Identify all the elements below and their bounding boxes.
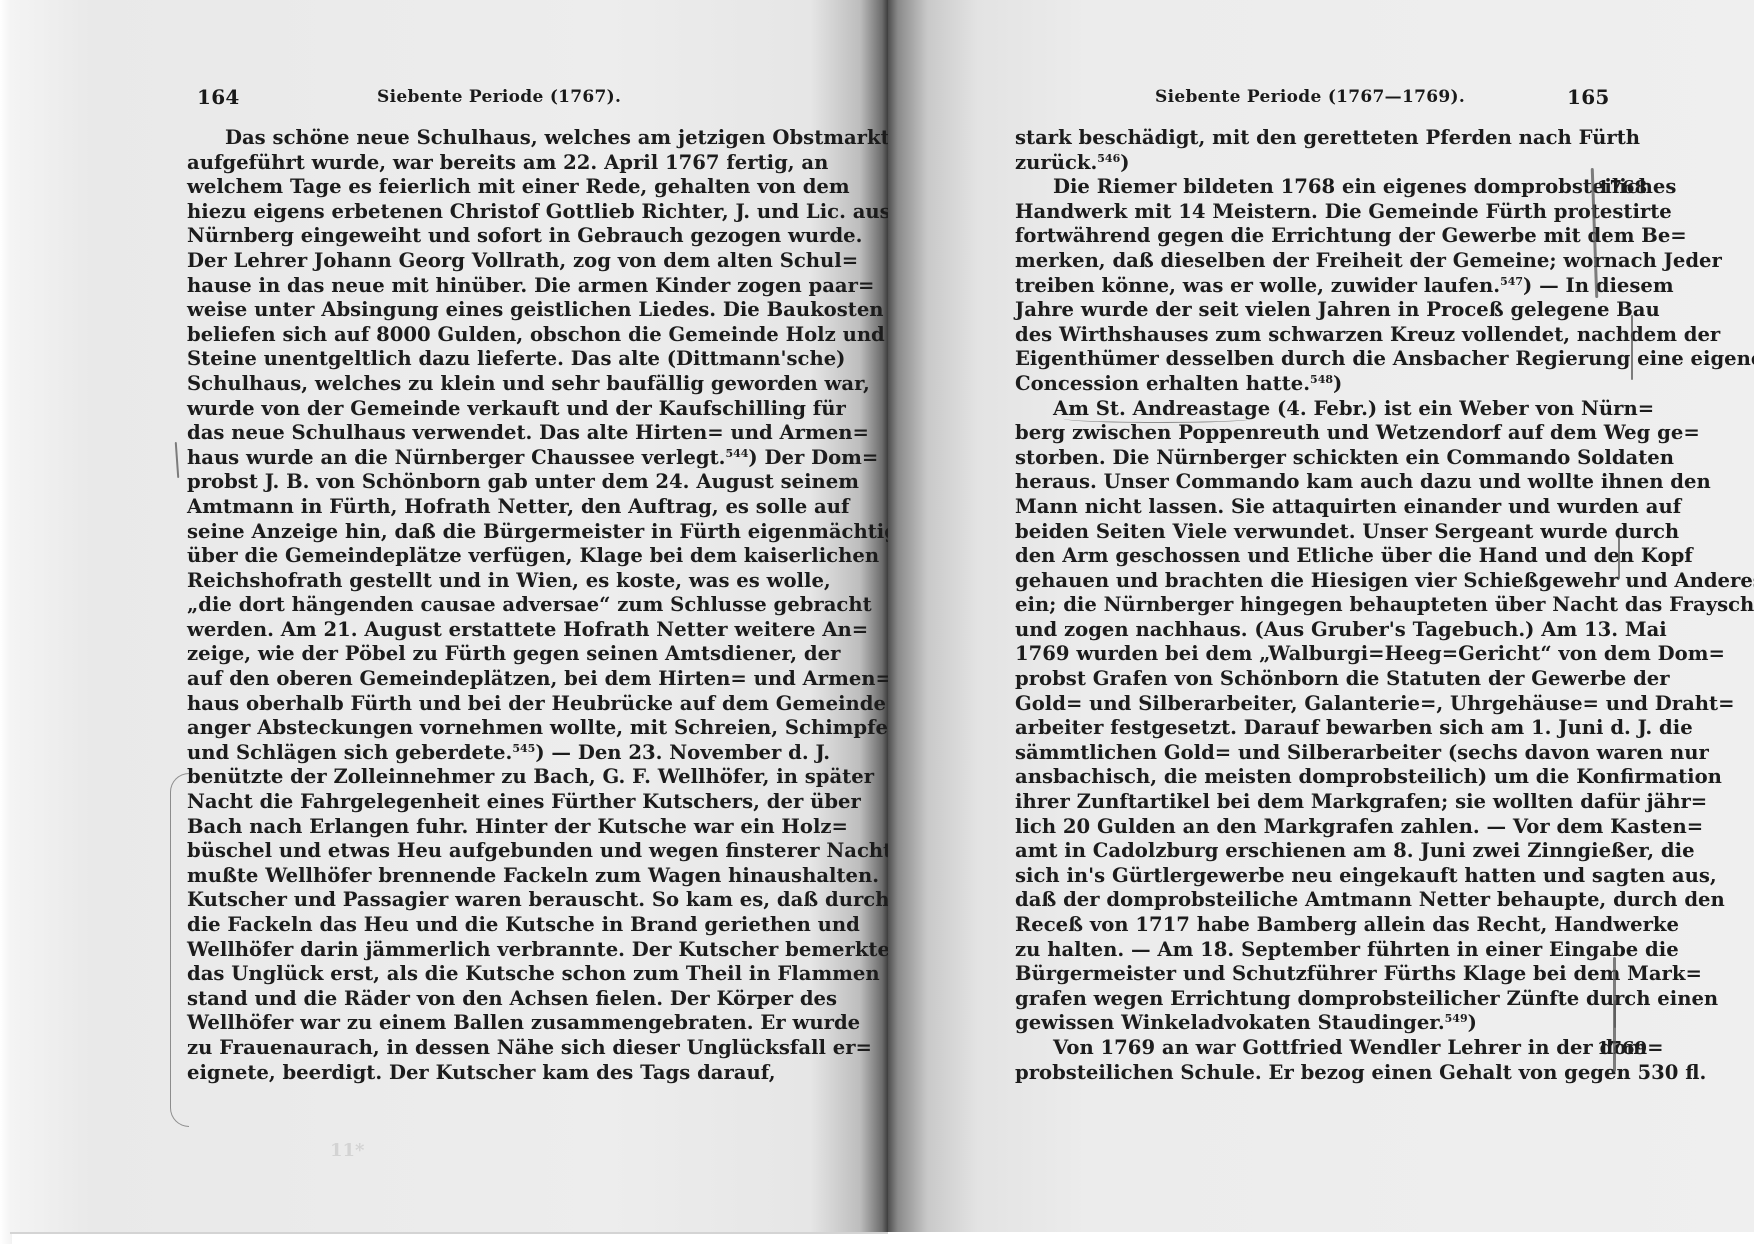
text-line: probst J. B. von Schönborn gab unter dem…	[187, 470, 743, 495]
text-line: werden. Am 21. August erstattete Hofrath…	[187, 618, 743, 643]
text-line: gehauen und brachten die Hiesigen vier S…	[1015, 569, 1571, 594]
text-line: hause in das neue mit hinüber. Die armen…	[187, 274, 743, 299]
text-line: zurück.546)	[1015, 151, 1571, 176]
text-line: Receß von 1717 habe Bamberg allein das R…	[1015, 913, 1571, 938]
text-line: stand und die Räder von den Achsen fiele…	[187, 987, 743, 1012]
text-line: Nacht die Fahrgelegenheit eines Fürther …	[187, 790, 743, 815]
text-line: Von 1769 an war Gottfried Wendler Lehrer…	[1015, 1036, 1571, 1061]
left-page-body: Das schöne neue Schulhaus, welches am je…	[187, 126, 743, 1085]
text-line: sich in's Gürtlergewerbe neu eingekauft …	[1015, 864, 1571, 889]
text-line: Jahre wurde der seit vielen Jahren in Pr…	[1015, 298, 1571, 323]
text-line: Eigenthümer desselben durch die Ansbache…	[1015, 347, 1571, 372]
text-line: ihrer Zunftartikel bei dem Markgrafen; s…	[1015, 790, 1571, 815]
text-line: büschel und etwas Heu aufgebunden und we…	[187, 839, 743, 864]
text-line: Nürnberg eingeweiht und sofort in Gebrau…	[187, 224, 743, 249]
text-line: haus wurde an die Nürnberger Chaussee ve…	[187, 446, 743, 471]
text-line: sämmtlichen Gold= und Silberarbeiter (se…	[1015, 741, 1571, 766]
text-line: Schulhaus, welches zu klein und sehr bau…	[187, 372, 743, 397]
text-line: ein; die Nürnberger hingegen behaupteten…	[1015, 593, 1571, 618]
bleed-through-mark: 11*	[330, 1140, 364, 1161]
text-line: Gold= und Silberarbeiter, Galanterie=, U…	[1015, 692, 1571, 717]
text-line: Concession erhalten hatte.548)	[1015, 372, 1571, 397]
pencil-underline	[1063, 414, 1253, 423]
text-line: Bürgermeister und Schutzführer Fürths Kl…	[1015, 962, 1571, 987]
running-head: Siebente Periode (1767).	[377, 87, 621, 107]
text-line: 1769 wurden bei dem „Walburgi=Heeg=Geric…	[1015, 642, 1571, 667]
text-line: anger Absteckungen vornehmen wollte, mit…	[187, 716, 743, 741]
text-line: Mann nicht lassen. Sie attaquirten einan…	[1015, 495, 1571, 520]
margin-year-note: 1768	[1597, 177, 1647, 198]
running-head: Siebente Periode (1767—1769).	[1155, 87, 1465, 107]
text-line: beliefen sich auf 8000 Gulden, obschon d…	[187, 323, 743, 348]
footnote-ref: 544	[725, 447, 748, 460]
text-line: ansbachisch, die meisten domprobsteilich…	[1015, 765, 1571, 790]
footnote-ref: 549	[1445, 1012, 1468, 1025]
text-line: gewissen Winkeladvokaten Staudinger.549)	[1015, 1011, 1571, 1036]
text-line: Das schöne neue Schulhaus, welches am je…	[187, 126, 743, 151]
text-line: berg zwischen Poppenreuth und Wetzendorf…	[1015, 421, 1571, 446]
page-number: 165	[1567, 85, 1610, 109]
text-line: eignete, beerdigt. Der Kutscher kam des …	[187, 1061, 743, 1086]
footnote-ref: 547	[1500, 275, 1523, 288]
right-page-header: Siebente Periode (1767—1769). 165	[1015, 85, 1620, 109]
text-line: Die Riemer bildeten 1768 ein eigenes dom…	[1015, 175, 1571, 200]
text-line: Handwerk mit 14 Meistern. Die Gemeinde F…	[1015, 200, 1571, 225]
book-spread: 164 Siebente Periode (1767). Das schöne …	[0, 0, 1754, 1244]
text-line: Amtmann in Fürth, Hofrath Netter, den Au…	[187, 495, 743, 520]
text-line: seine Anzeige hin, daß die Bürgermeister…	[187, 520, 743, 545]
text-line: stark beschädigt, mit den geretteten Pfe…	[1015, 126, 1571, 151]
margin-year-note: 1769	[1597, 1038, 1647, 1059]
text-line: den Arm geschossen und Etliche über die …	[1015, 544, 1571, 569]
text-line: benützte der Zolleinnehmer zu Bach, G. F…	[187, 765, 743, 790]
text-line: zeige, wie der Pöbel zu Fürth gegen sein…	[187, 642, 743, 667]
text-line: zu halten. — Am 18. September führten in…	[1015, 938, 1571, 963]
text-line: grafen wegen Errichtung domprobsteiliche…	[1015, 987, 1571, 1012]
text-line: Der Lehrer Johann Georg Vollrath, zog vo…	[187, 249, 743, 274]
text-line: auf den oberen Gemeindeplätzen, bei dem …	[187, 667, 743, 692]
footnote-ref: 546	[1097, 152, 1120, 165]
text-line: „die dort hängenden causae adversae“ zum…	[187, 593, 743, 618]
text-line: das neue Schulhaus verwendet. Das alte H…	[187, 421, 743, 446]
text-line: beiden Seiten Viele verwundet. Unser Ser…	[1015, 520, 1571, 545]
text-line: welchem Tage es feierlich mit einer Rede…	[187, 175, 743, 200]
text-line: amt in Cadolzburg erschienen am 8. Juni …	[1015, 839, 1571, 864]
text-line: über die Gemeindeplätze verfügen, Klage …	[187, 544, 743, 569]
text-line: Wellhöfer war zu einem Ballen zusammenge…	[187, 1011, 743, 1036]
left-page-header: 164 Siebente Periode (1767).	[187, 85, 747, 109]
text-line: mußte Wellhöfer brennende Fackeln zum Wa…	[187, 864, 743, 889]
text-line: probsteilichen Schule. Er bezog einen Ge…	[1015, 1061, 1571, 1086]
text-line: fortwährend gegen die Errichtung der Gew…	[1015, 224, 1571, 249]
left-page: 164 Siebente Periode (1767). Das schöne …	[10, 0, 888, 1234]
text-line: haus oberhalb Fürth und bei der Heubrück…	[187, 692, 743, 717]
pencil-mark	[1618, 537, 1620, 579]
right-page-body: stark beschädigt, mit den geretteten Pfe…	[1015, 126, 1571, 1085]
text-line: aufgeführt wurde, war bereits am 22. Apr…	[187, 151, 743, 176]
text-line: Wellhöfer darin jämmerlich verbrannte. D…	[187, 938, 743, 963]
pencil-mark	[1631, 315, 1633, 380]
pencil-mark	[1614, 1000, 1616, 1028]
text-line: storben. Die Nürnberger schickten ein Co…	[1015, 446, 1571, 471]
pencil-bracket	[170, 773, 189, 1127]
text-line: heraus. Unser Commando kam auch dazu und…	[1015, 470, 1571, 495]
page-number: 164	[197, 85, 240, 109]
text-line: weise unter Absingung eines geistlichen …	[187, 298, 743, 323]
text-line: das Unglück erst, als die Kutsche schon …	[187, 962, 743, 987]
text-line: und Schlägen sich geberdete.545) — Den 2…	[187, 741, 743, 766]
text-line: daß der domprobsteiliche Amtmann Netter …	[1015, 888, 1571, 913]
text-line: des Wirthshauses zum schwarzen Kreuz vol…	[1015, 323, 1571, 348]
text-line: arbeiter festgesetzt. Darauf bewarben si…	[1015, 716, 1571, 741]
text-line: die Fackeln das Heu und die Kutsche in B…	[187, 913, 743, 938]
footnote-ref: 545	[512, 742, 535, 755]
text-line: Steine unentgeltlich dazu lieferte. Das …	[187, 347, 743, 372]
text-line: und zogen nachhaus. (Aus Gruber's Tagebu…	[1015, 618, 1571, 643]
text-line: wurde von der Gemeinde verkauft und der …	[187, 397, 743, 422]
text-line: lich 20 Gulden an den Markgrafen zahlen.…	[1015, 815, 1571, 840]
text-line: Kutscher und Passagier waren berauscht. …	[187, 888, 743, 913]
text-line: zu Frauenaurach, in dessen Nähe sich die…	[187, 1036, 743, 1061]
text-line: merken, daß dieselben der Freiheit der G…	[1015, 249, 1571, 274]
text-line: hiezu eigens erbetenen Christof Gottlieb…	[187, 200, 743, 225]
text-line: probst Grafen von Schönborn die Statuten…	[1015, 667, 1571, 692]
footnote-ref: 548	[1310, 373, 1333, 386]
text-line: Reichshofrath gestellt und in Wien, es k…	[187, 569, 743, 594]
text-line: Bach nach Erlangen fuhr. Hinter der Kuts…	[187, 815, 743, 840]
text-line: treiben könne, was er wolle, zuwider lau…	[1015, 274, 1571, 299]
right-page: Siebente Periode (1767—1769). 165 stark …	[888, 0, 1754, 1232]
